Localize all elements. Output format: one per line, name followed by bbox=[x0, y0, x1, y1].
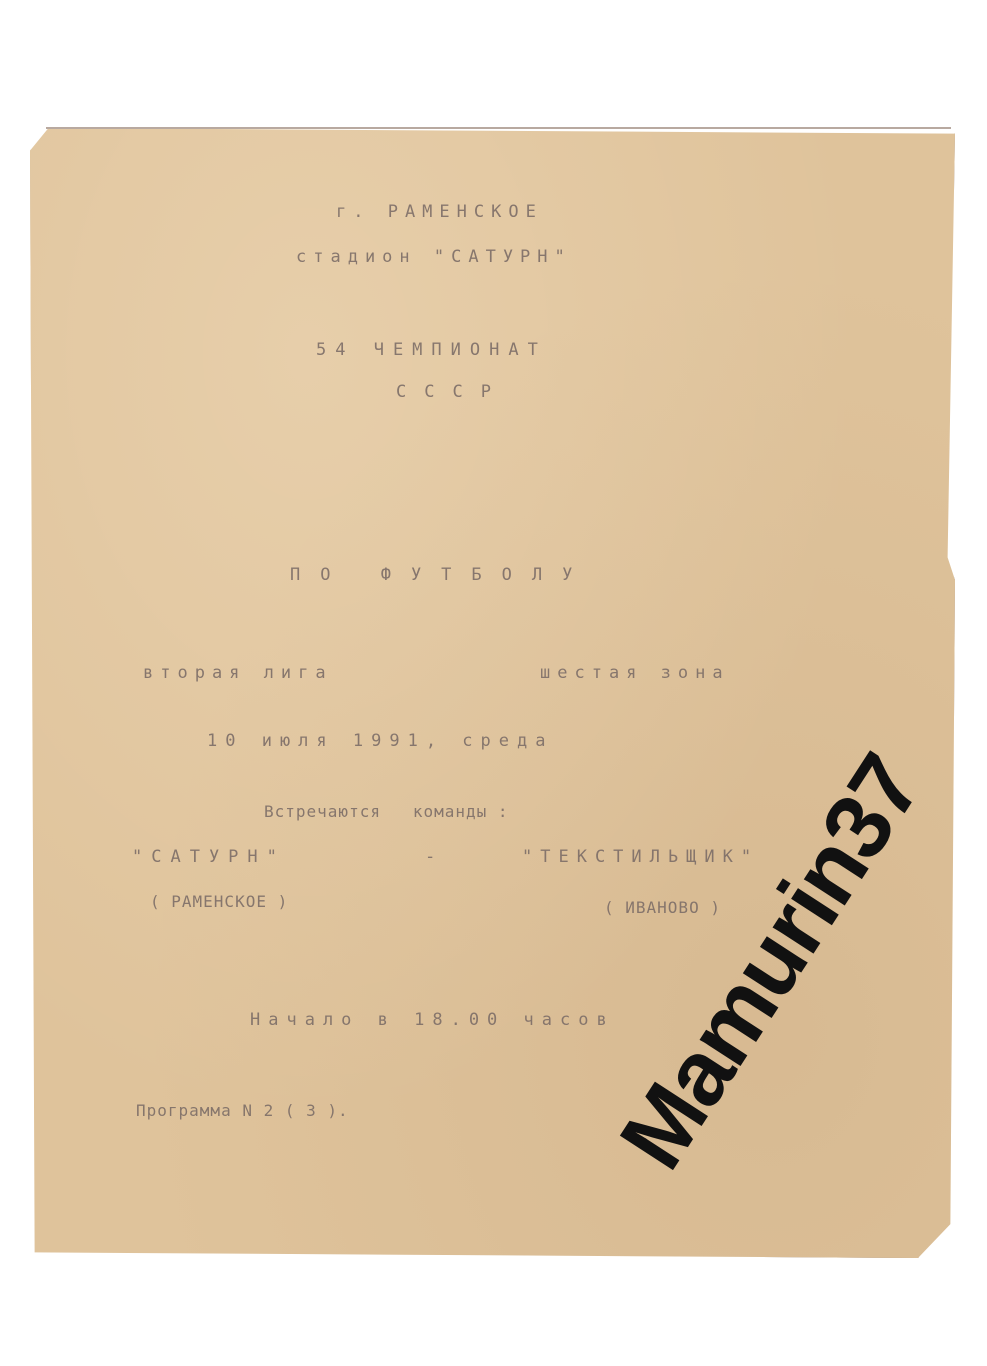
home-team: "САТУРН" bbox=[132, 847, 286, 867]
country-line: СССР bbox=[396, 382, 509, 402]
program-number: Программа N 2 ( 3 ). bbox=[136, 1101, 349, 1120]
paper-edge bbox=[46, 127, 951, 129]
away-team: "ТЕКСТИЛЬЩИК" bbox=[522, 847, 759, 867]
city-line: г. РАМЕНСКОЕ bbox=[336, 202, 543, 222]
zone-line: шестая зона bbox=[540, 663, 730, 683]
start-time: Начало в 18.00 часов bbox=[250, 1010, 615, 1030]
team-dash: - bbox=[425, 847, 442, 867]
championship-line: 54 ЧЕМПИОНАТ bbox=[316, 340, 547, 360]
home-city: ( РАМЕНСКОЕ ) bbox=[150, 892, 288, 911]
away-city: ( ИВАНОВО ) bbox=[604, 898, 721, 917]
stadium-line: стадион "САТУРН" bbox=[296, 247, 572, 267]
meeting-line: Встречаются команды : bbox=[264, 802, 509, 821]
date-line: 10 июля 1991, среда bbox=[207, 731, 553, 751]
sport-line: ПО ФУТБОЛУ bbox=[290, 565, 592, 585]
league-line: вторая лига bbox=[143, 663, 333, 683]
paper-sheet bbox=[30, 128, 955, 1258]
